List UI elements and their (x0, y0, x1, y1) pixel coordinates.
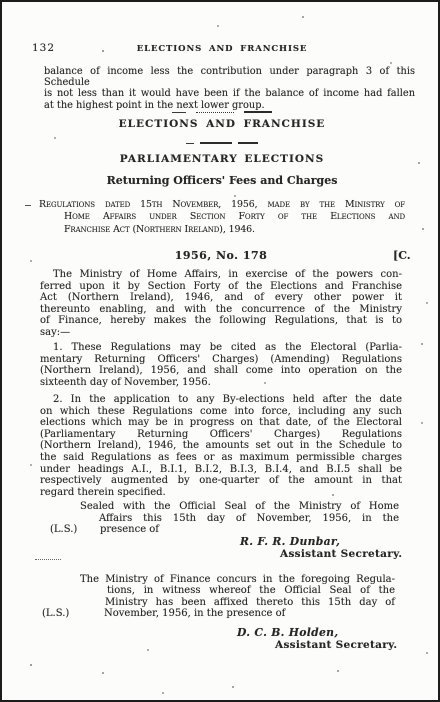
signature-title: Assistant Secretary. (280, 548, 402, 560)
regulation-1: 1. These Regulations may be cited as the… (40, 342, 402, 388)
section-title: ELECTIONS AND FRANCHISE (2, 118, 440, 130)
rule-segment (244, 111, 272, 113)
concurrence-clause-line: (L.S.) November, 1956, in the presence o… (40, 608, 395, 620)
running-header: ELECTIONS AND FRANCHISE (2, 44, 440, 54)
concurrence-clause: The Ministry of Finance concurs in the f… (40, 574, 395, 620)
sealing-clause-line: Affairs this 15th day of November, 1956,… (99, 513, 399, 525)
regulations-preamble: Regulations dated 15th November, 1956, m… (39, 199, 405, 236)
sealing-clause-line: (L.S.) presence of (40, 524, 399, 536)
signature-title: Assistant Secretary. (275, 639, 397, 651)
decorative-rule-under-title (2, 142, 440, 144)
regulation-2: 2. In the application to any By-election… (40, 394, 402, 498)
scan-dots-artifact (35, 559, 61, 560)
rule-segment (172, 112, 186, 113)
concurrence-clause-line: tions, in witness whereof the Official S… (107, 585, 395, 596)
rule-segment (186, 143, 194, 144)
decorative-rule-top (2, 111, 440, 113)
scan-specks (2, 2, 4, 4)
section-subject: Returning Officers' Fees and Charges (2, 174, 440, 187)
rule-segment (200, 142, 232, 144)
sealing-clause-line: Sealed with the Official Seal of the Min… (80, 501, 399, 513)
scan-dash-artifact (25, 205, 31, 206)
sealing-clause: Sealed with the Official Seal of the Min… (40, 501, 399, 536)
signature-name: R. F. R. Dunbar, (240, 535, 340, 548)
concurrence-clause-line: Ministry has been affixed thereto this 1… (105, 597, 395, 608)
citation-number: 1956, No. 178 (40, 249, 402, 262)
document-page: 132 ELECTIONS AND FRANCHISE balance of i… (0, 0, 440, 702)
signature-name: D. C. B. Holden, (237, 626, 338, 639)
concurrence-clause-line-text: November, 1956, in the presence of (104, 608, 285, 619)
prior-schedule-paragraph: balance of income less the contribution … (44, 66, 415, 111)
sealing-clause-line-text: presence of (100, 524, 159, 536)
locus-sigilli-mark: (L.S.) (50, 524, 77, 536)
concurrence-clause-line: The Ministry of Finance concurs in the f… (80, 574, 395, 585)
rule-segment (196, 112, 234, 113)
section-subtitle: PARLIAMENTARY ELECTIONS (2, 153, 440, 165)
enacting-clause: The Ministry of Home Affairs, in exercis… (40, 269, 402, 339)
citation-class-mark: [C. (393, 249, 411, 262)
rule-segment (238, 142, 258, 144)
locus-sigilli-mark: (L.S.) (42, 608, 69, 619)
